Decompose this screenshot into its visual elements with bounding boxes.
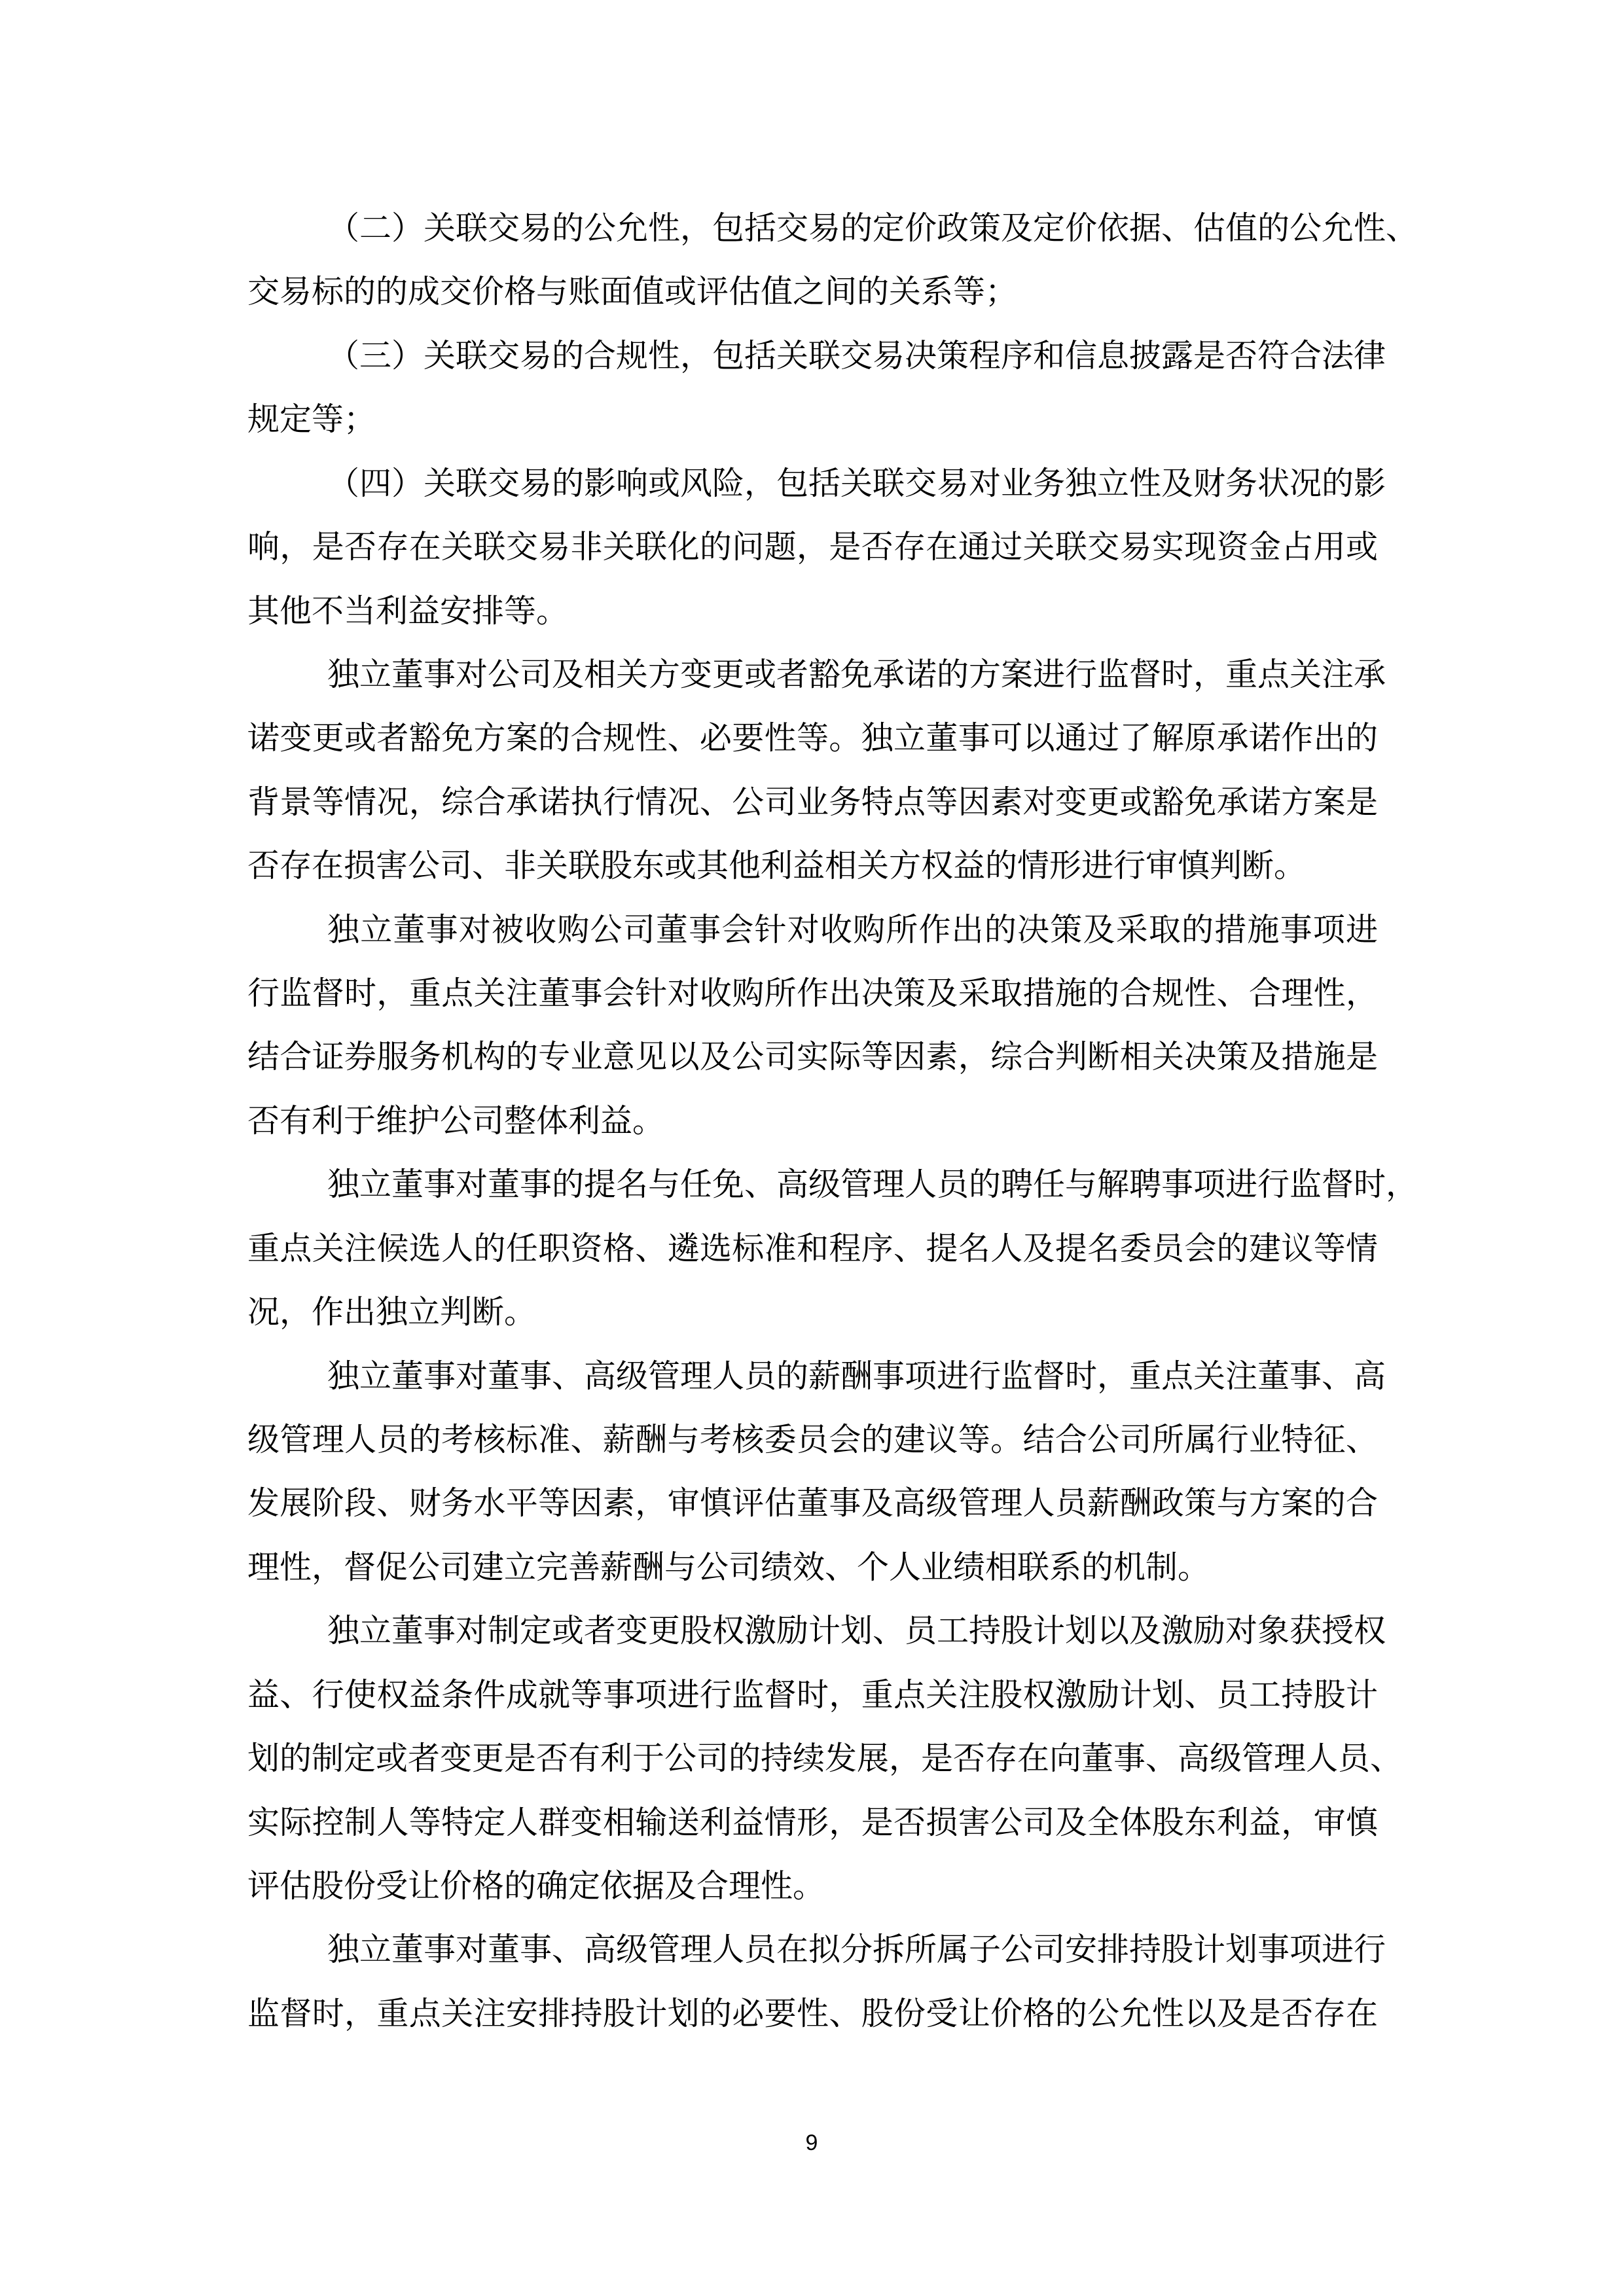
text-line: 结合证券服务机构的专业意见以及公司实际等因素，综合判断相关决策及措施是 <box>247 1025 1378 1088</box>
document-page: （二）关联交易的公允性，包括交易的定价政策及定价依据、估值的公允性、 交易标的的… <box>0 0 1624 2296</box>
text-line: 响，是否存在关联交易非关联化的问题，是否存在通过关联交易实现资金占用或 <box>247 515 1378 579</box>
paragraph-acquisition-decisions: 独立董事对被收购公司董事会针对收购所作出的决策及采取的措施事项进 行监督时，重点… <box>247 898 1378 1153</box>
paragraph-commitment-change: 独立董事对公司及相关方变更或者豁免承诺的方案进行监督时，重点关注承 诺变更或者豁… <box>247 643 1378 898</box>
text-line: 独立董事对董事、高级管理人员的薪酬事项进行监督时，重点关注董事、高 <box>247 1344 1378 1408</box>
text-line: 益、行使权益条件成就等事项进行监督时，重点关注股权激励计划、员工持股计 <box>247 1663 1378 1727</box>
text-line: 监督时，重点关注安排持股计划的必要性、股份受让价格的公允性以及是否存在 <box>247 1982 1378 2045</box>
text-line: 理性，督促公司建立完善薪酬与公司绩效、个人业绩相联系的机制。 <box>247 1535 1378 1599</box>
text-line: 其他不当利益安排等。 <box>247 579 1378 643</box>
text-line: 独立董事对董事的提名与任免、高级管理人员的聘任与解聘事项进行监督时， <box>247 1153 1378 1216</box>
text-line: 诺变更或者豁免方案的合规性、必要性等。独立董事可以通过了解原承诺作出的 <box>247 706 1378 770</box>
text-line: 背景等情况，综合承诺执行情况、公司业务特点等因素对变更或豁免承诺方案是 <box>247 770 1378 834</box>
text-line: 行监督时，重点关注董事会针对收购所作出决策及采取措施的合规性、合理性， <box>247 961 1378 1025</box>
text-line: 规定等； <box>247 387 1378 451</box>
text-line: 况，作出独立判断。 <box>247 1280 1378 1344</box>
paragraph-related-transaction-compliance: （三）关联交易的合规性，包括关联交易决策程序和信息披露是否符合法律 规定等； <box>247 324 1378 452</box>
text-line: 独立董事对董事、高级管理人员在拟分拆所属子公司安排持股计划事项进行 <box>247 1918 1378 1981</box>
text-line: （四）关联交易的影响或风险，包括关联交易对业务独立性及财务状况的影 <box>247 452 1378 515</box>
text-line: 重点关注候选人的任职资格、遴选标准和程序、提名人及提名委员会的建议等情 <box>247 1217 1378 1280</box>
text-line: 实际控制人等特定人群变相输送利益情形，是否损害公司及全体股东利益，审慎 <box>247 1791 1378 1854</box>
text-line: 独立董事对被收购公司董事会针对收购所作出的决策及采取的措施事项进 <box>247 898 1378 961</box>
text-line: 评估股份受让价格的确定依据及合理性。 <box>247 1854 1378 1918</box>
text-line: 发展阶段、财务水平等因素，审慎评估董事及高级管理人员薪酬政策与方案的合 <box>247 1471 1378 1535</box>
page-number: 9 <box>799 2130 825 2156</box>
text-line: 独立董事对公司及相关方变更或者豁免承诺的方案进行监督时，重点关注承 <box>247 643 1378 706</box>
paragraph-equity-incentive: 独立董事对制定或者变更股权激励计划、员工持股计划以及激励对象获授权 益、行使权益… <box>247 1599 1378 1918</box>
paragraph-related-transaction-risk: （四）关联交易的影响或风险，包括关联交易对业务独立性及财务状况的影 响，是否存在… <box>247 452 1378 643</box>
text-line: （三）关联交易的合规性，包括关联交易决策程序和信息披露是否符合法律 <box>247 324 1378 387</box>
text-line: 级管理人员的考核标准、薪酬与考核委员会的建议等。结合公司所属行业特征、 <box>247 1408 1378 1471</box>
paragraph-compensation: 独立董事对董事、高级管理人员的薪酬事项进行监督时，重点关注董事、高 级管理人员的… <box>247 1344 1378 1600</box>
text-line: 划的制定或者变更是否有利于公司的持续发展，是否存在向董事、高级管理人员、 <box>247 1727 1378 1790</box>
paragraph-spin-off-shareholding: 独立董事对董事、高级管理人员在拟分拆所属子公司安排持股计划事项进行 监督时，重点… <box>247 1918 1378 2045</box>
text-line: （二）关联交易的公允性，包括交易的定价政策及定价依据、估值的公允性、 <box>247 196 1378 260</box>
body-text: （二）关联交易的公允性，包括交易的定价政策及定价依据、估值的公允性、 交易标的的… <box>247 196 1378 2045</box>
text-line: 独立董事对制定或者变更股权激励计划、员工持股计划以及激励对象获授权 <box>247 1599 1378 1662</box>
paragraph-related-transaction-fairness: （二）关联交易的公允性，包括交易的定价政策及定价依据、估值的公允性、 交易标的的… <box>247 196 1378 324</box>
text-line: 否有利于维护公司整体利益。 <box>247 1089 1378 1153</box>
text-line: 交易标的的成交价格与账面值或评估值之间的关系等； <box>247 260 1378 323</box>
text-line: 否存在损害公司、非关联股东或其他利益相关方权益的情形进行审慎判断。 <box>247 834 1378 897</box>
paragraph-director-nomination: 独立董事对董事的提名与任免、高级管理人员的聘任与解聘事项进行监督时， 重点关注候… <box>247 1153 1378 1344</box>
